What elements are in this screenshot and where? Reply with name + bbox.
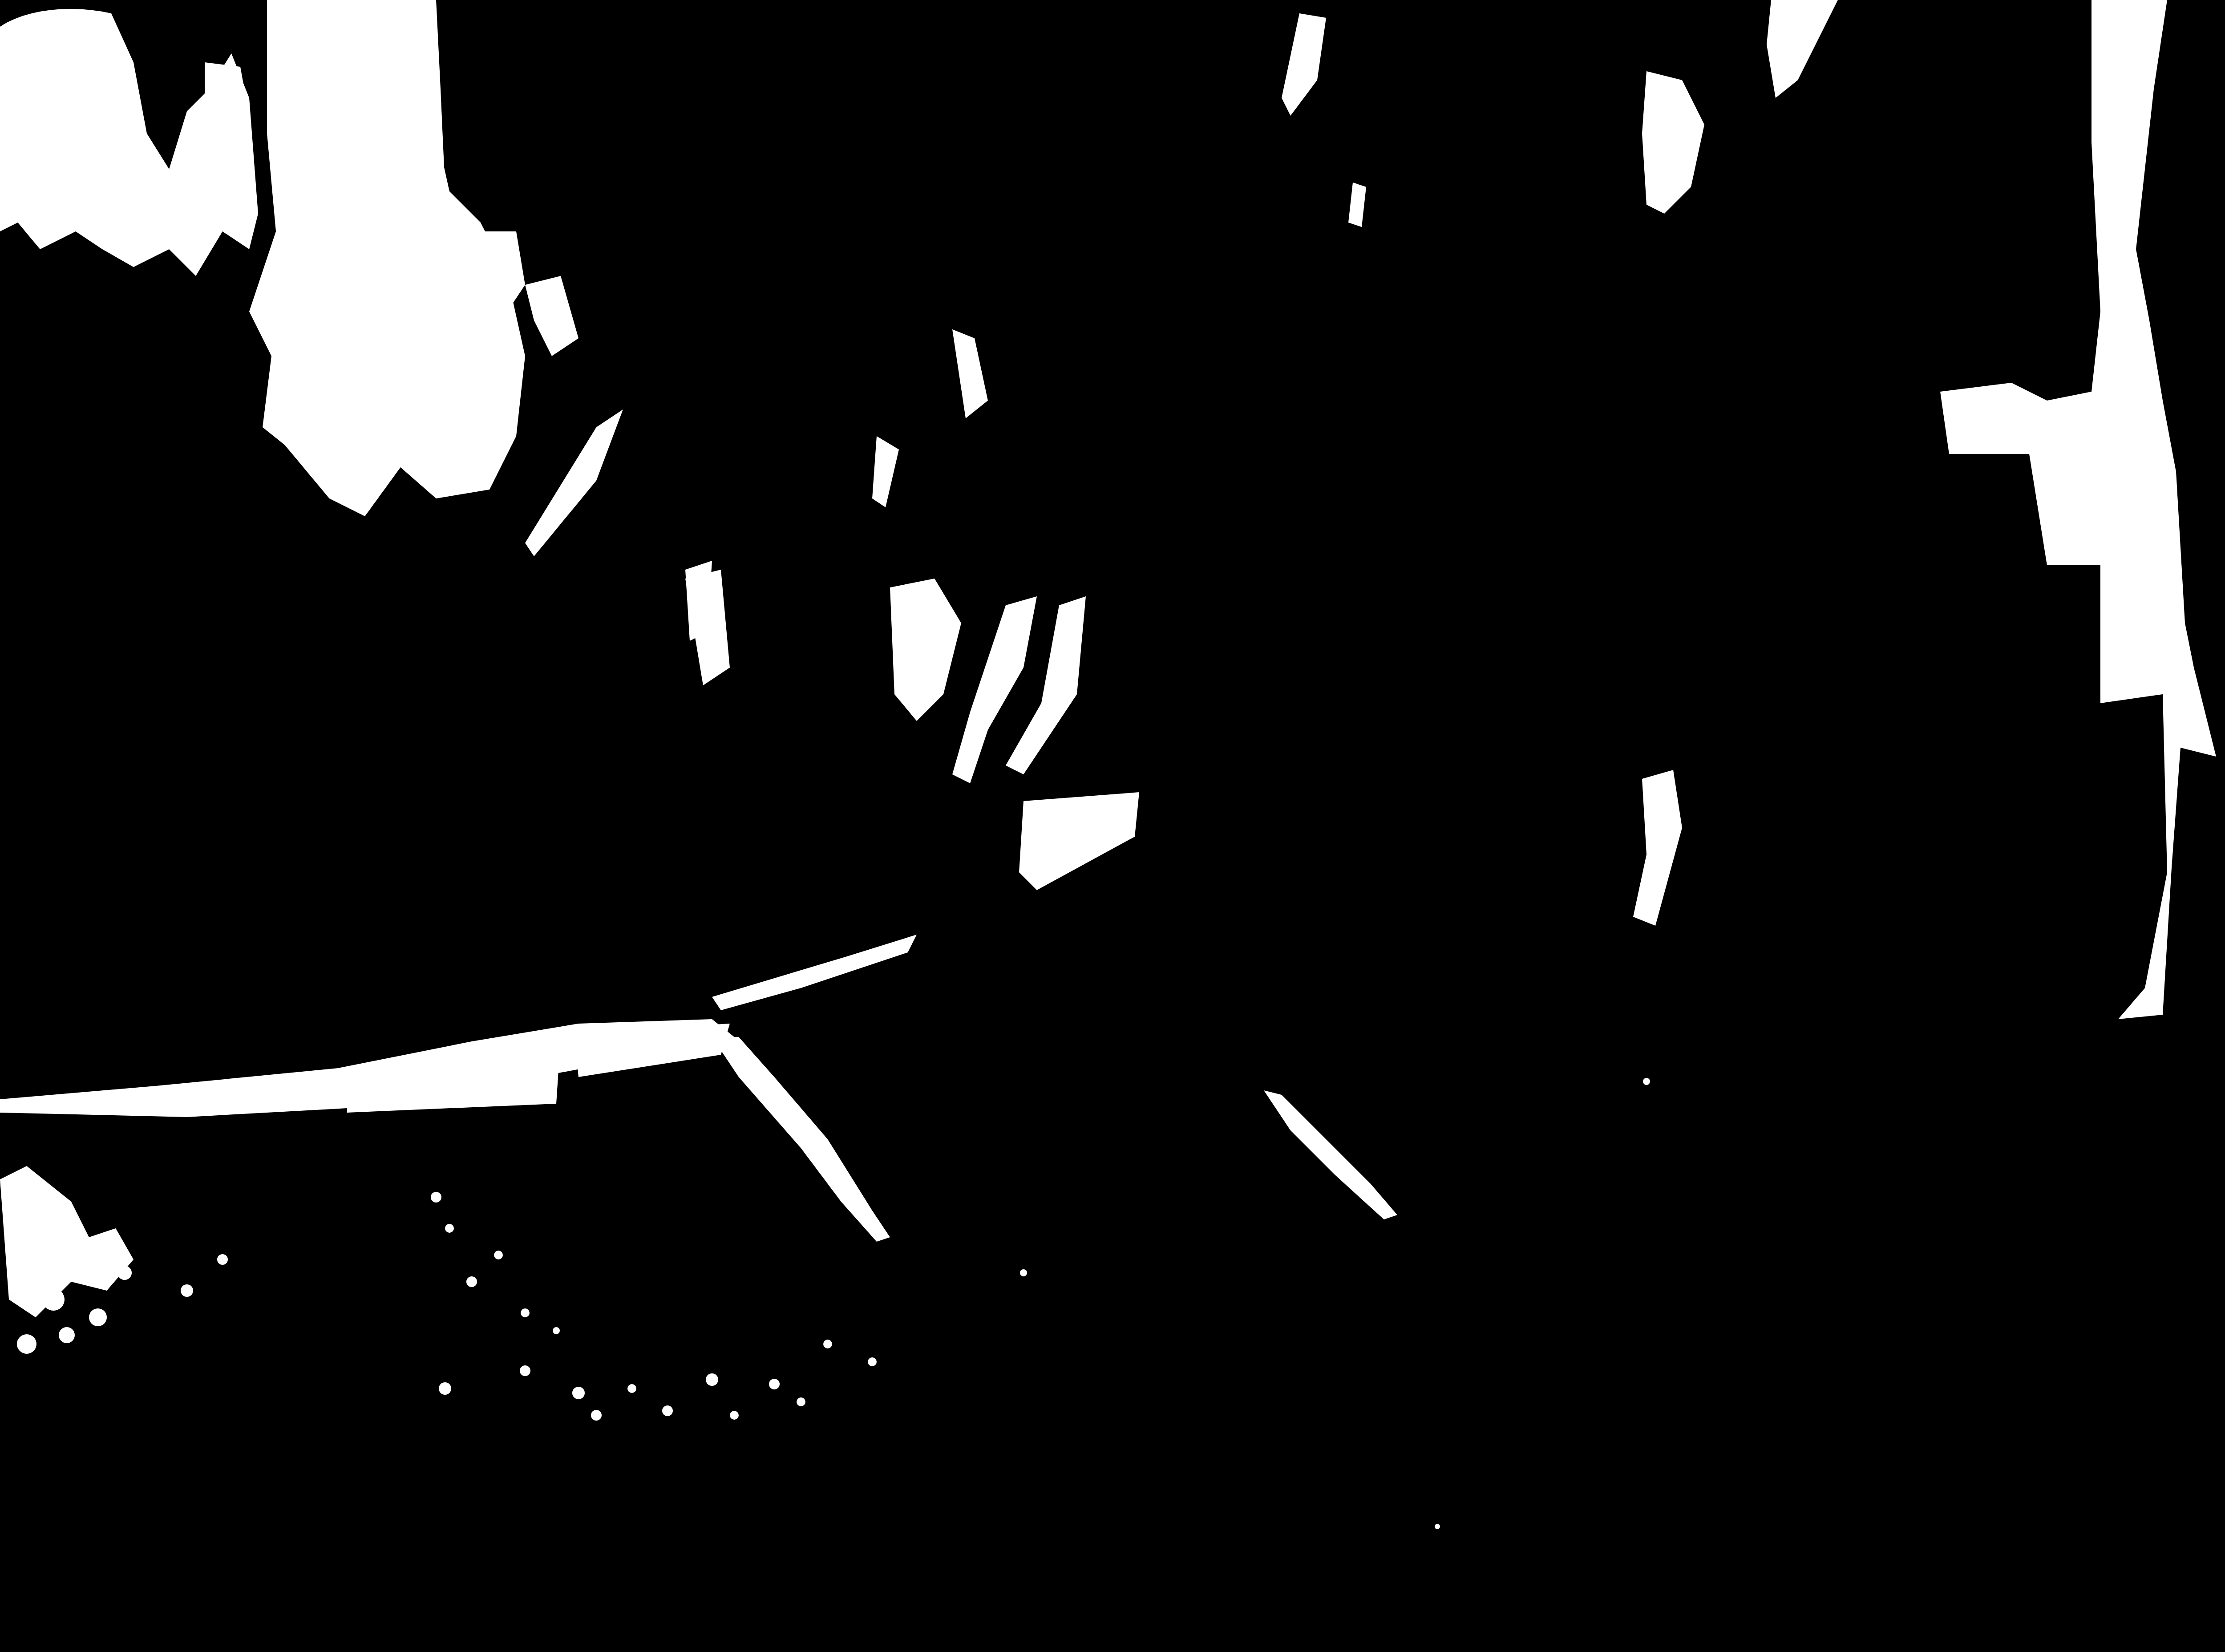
- binarized-photo: [0, 0, 2225, 1652]
